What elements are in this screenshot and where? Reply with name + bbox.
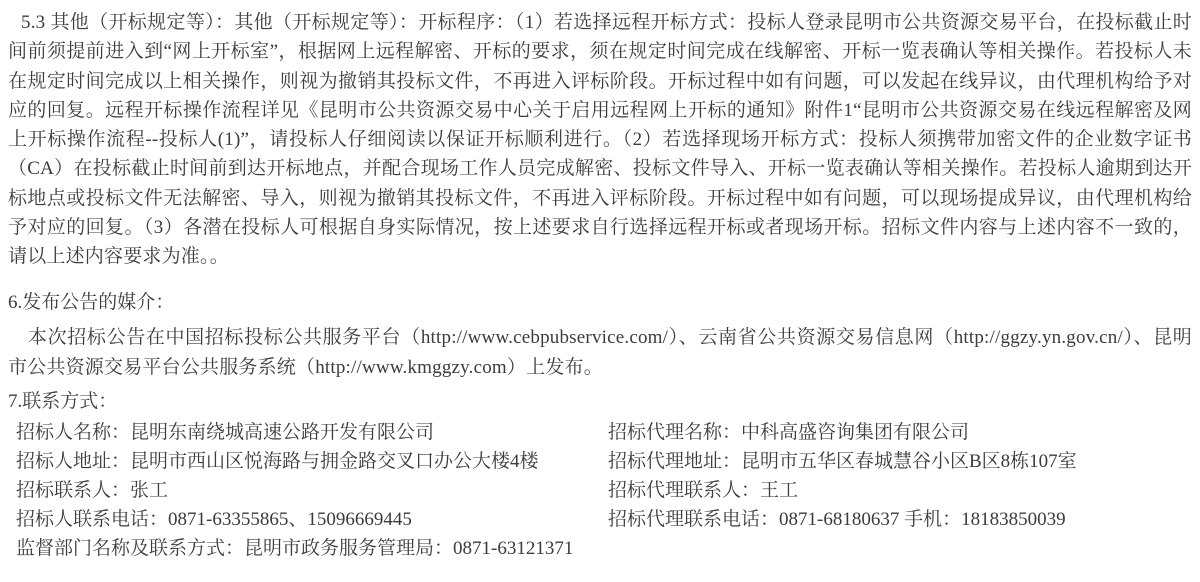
agency-name: 招标代理名称：中科高盛咨询集团有限公司	[608, 418, 1192, 447]
contact-table: 招标人名称：昆明东南绕城高速公路开发有限公司 招标代理名称：中科高盛咨询集团有限…	[8, 418, 1192, 563]
contact-row-person: 招标联系人：张工 招标代理联系人：王工	[16, 476, 1192, 505]
section-6-announcement-media-paragraph: 本次招标公告在中国招标投标公共服务平台（http://www.cebpubser…	[8, 323, 1192, 383]
section-6-heading-announcement-media: 6.发布公告的媒介：	[8, 288, 1192, 317]
tenderer-contact-person: 招标联系人：张工	[16, 476, 608, 505]
tenderer-address: 招标人地址：昆明市西山区悦海路与拥金路交叉口办公大楼4楼	[16, 447, 608, 476]
agency-address: 招标代理地址：昆明市五华区春城慧谷小区B区8栋107室	[608, 447, 1192, 476]
tenderer-name: 招标人名称：昆明东南绕城高速公路开发有限公司	[16, 418, 608, 447]
agency-phone: 招标代理联系电话：0871-68180637 手机：18183850039	[608, 505, 1192, 534]
section-5-3-opening-rules-paragraph: 5.3 其他（开标规定等）：其他（开标规定等）：开标程序：（1）若选择远程开标方…	[8, 8, 1192, 272]
contact-row-supervision: 监督部门名称及联系方式：昆明市政务服务管理局：0871-63121371	[16, 534, 1192, 563]
tenderer-phone: 招标人联系电话：0871-63355865、15096669445	[16, 505, 608, 534]
contact-row-name: 招标人名称：昆明东南绕城高速公路开发有限公司 招标代理名称：中科高盛咨询集团有限…	[16, 418, 1192, 447]
tender-announcement-document: 5.3 其他（开标规定等）：其他（开标规定等）：开标程序：（1）若选择远程开标方…	[0, 0, 1200, 563]
section-7-heading-contact-info: 7.联系方式：	[8, 387, 1192, 417]
supervision-department-contact: 监督部门名称及联系方式：昆明市政务服务管理局：0871-63121371	[16, 534, 608, 563]
contact-row-address: 招标人地址：昆明市西山区悦海路与拥金路交叉口办公大楼4楼 招标代理地址：昆明市五…	[16, 447, 1192, 476]
contact-row-phone: 招标人联系电话：0871-63355865、15096669445 招标代理联系…	[16, 505, 1192, 534]
supervision-row-right-empty	[608, 534, 1192, 563]
agency-contact-person: 招标代理联系人：王工	[608, 476, 1192, 505]
